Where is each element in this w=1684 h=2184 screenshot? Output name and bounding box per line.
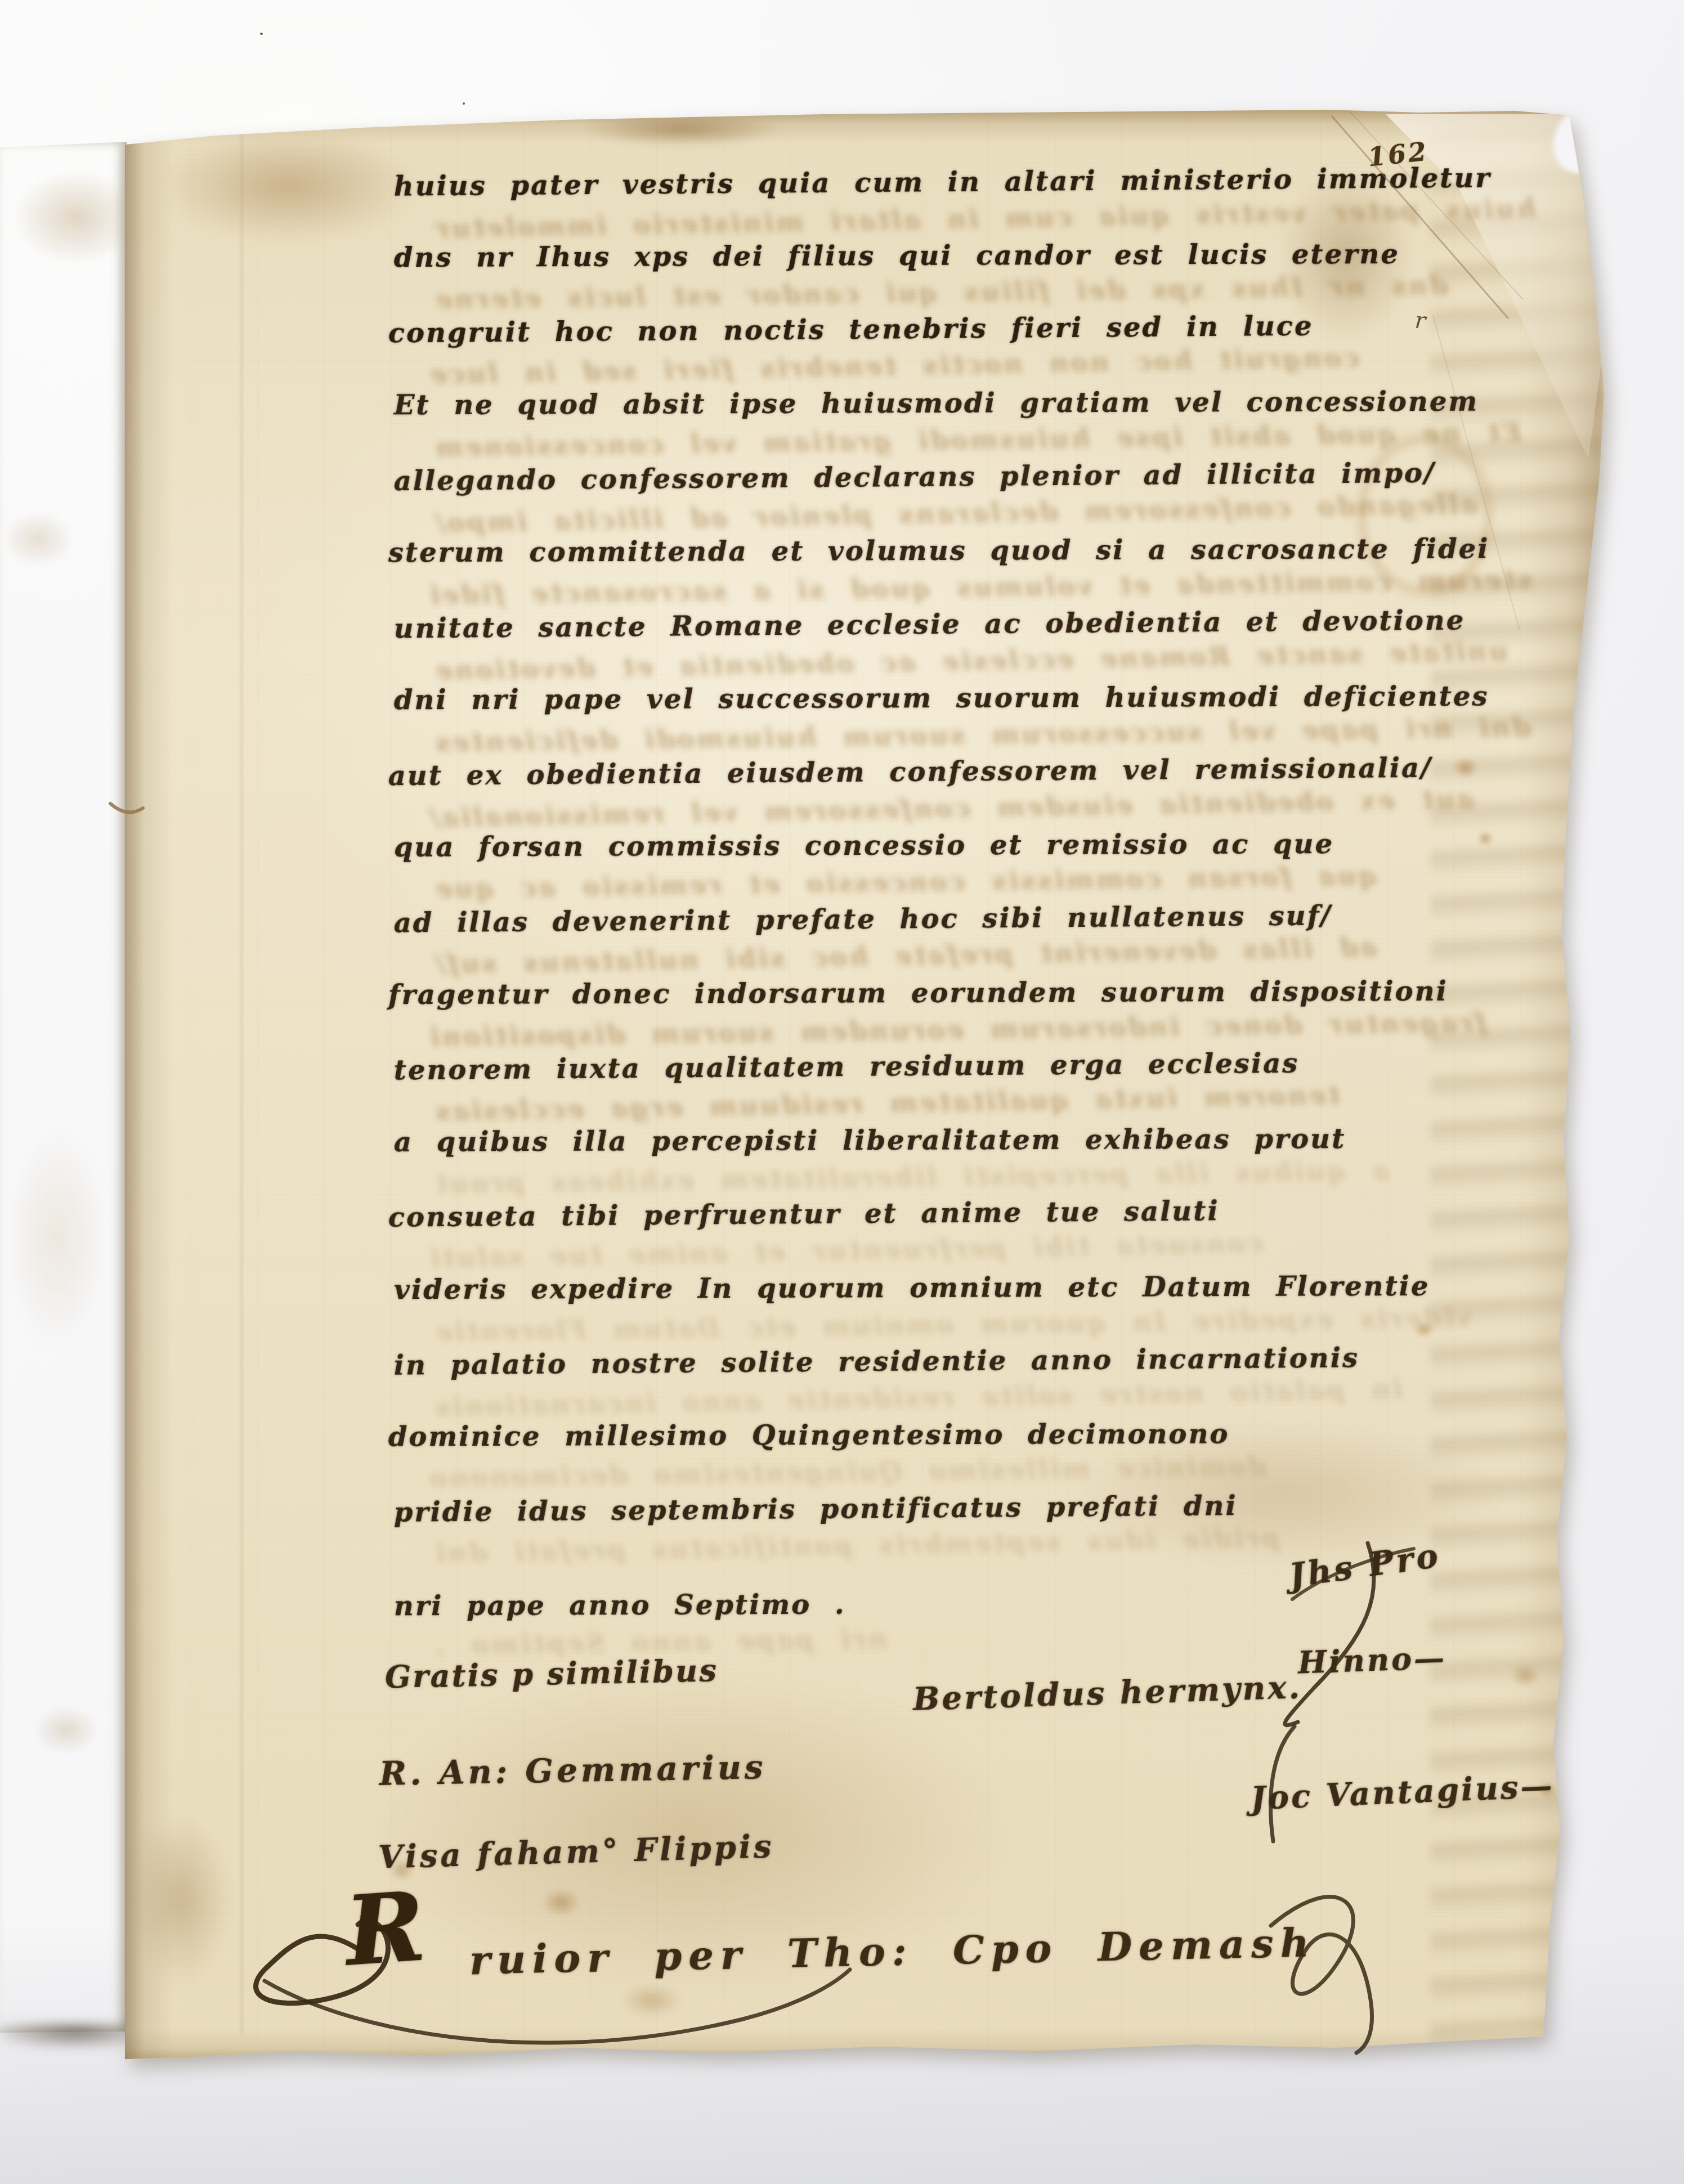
verso-show-through: fragentur donec indorsarum eorundem suor…	[428, 1010, 1486, 1050]
verso-show-through: allegando confessorem declarans plenior …	[433, 491, 1478, 536]
manuscript-line-text: fragentur donec indorsarum eorundem suor…	[388, 978, 1448, 1009]
verso-show-through: dni nri pape vel successorum suorum huiu…	[433, 714, 1530, 755]
manuscript-line: pridie idus septembris pontificatus pref…	[394, 1492, 1238, 1567]
manuscript-line: in palatio nostre solite residentie anno…	[394, 1344, 1360, 1419]
verso-show-through: aut ex obedientia eiusdem confessorem ve…	[428, 786, 1474, 831]
manuscript-line-text: unitate sancte Romane ecclesie ac obedie…	[394, 607, 1466, 643]
verso-show-through: congruit hoc non noctis tenebris fieri s…	[428, 344, 1360, 387]
paper-mottling	[0, 142, 127, 2033]
manuscript-line-text: Et ne quod absit ipse huiusmodi gratiam …	[394, 388, 1479, 419]
manuscript-line: fragentur donec indorsarum eorundem suor…	[388, 978, 1448, 1050]
paper-surface: 162 r huius pater vestris quia cum in al…	[125, 110, 1605, 2062]
signature-gemmarius: R. An: Gemmarius	[379, 1751, 767, 1790]
signature-gratis-note: Gratis p similibus	[384, 1655, 718, 1692]
verso-show-through: unitate sancte Romane ecclesie ac obedie…	[433, 638, 1508, 684]
verso-show-through: qua forsan commissis concessio et remiss…	[433, 863, 1377, 902]
verso-show-through: Et ne quod absit ipse huiusmodi gratiam …	[433, 419, 1522, 460]
scanned-manuscript: 162 r huius pater vestris quia cum in al…	[0, 0, 1684, 2184]
manuscript-line: Et ne quod absit ipse huiusmodi gratiam …	[394, 388, 1479, 460]
manuscript-line: unitate sancte Romane ecclesie ac obedie…	[394, 607, 1466, 683]
manuscript-line: qua forsan commissis concessio et remiss…	[394, 831, 1334, 902]
manuscript-line: a quibus illa percepisti liberalitatem e…	[394, 1125, 1346, 1196]
manuscript-line-text: videris expedire In quorum omnium etc Da…	[394, 1273, 1430, 1303]
manuscript-line-text: allegando confessorem declarans plenior …	[394, 460, 1436, 495]
verso-show-through: consueta tibi perfruentur et anime tue s…	[428, 1230, 1263, 1271]
manuscript-line: dni nri pape vel successorum suorum huiu…	[394, 683, 1489, 755]
manuscript-line: dominice millesimo Quingentesimo decimon…	[388, 1420, 1230, 1491]
manuscript-line: dns nr Ihus xps dei filius qui candor es…	[394, 241, 1400, 312]
dust-speck	[260, 33, 263, 35]
verso-show-through: huius pater vestris quia cum in altari m…	[433, 195, 1536, 241]
manuscript-line: tenorem iuxta qualitatem residuum erga e…	[394, 1050, 1300, 1125]
manuscript-line-text: nri pape anno Septimo .	[394, 1591, 846, 1620]
verso-show-through: in palatio nostre solite residentie anno…	[433, 1376, 1403, 1420]
manuscript-line: sterum committenda et volumus quod si a …	[388, 536, 1490, 607]
manuscript-line-text: a quibus illa percepisti liberalitatem e…	[394, 1125, 1346, 1156]
manuscript-line: congruit hoc non noctis tenebris fieri s…	[388, 313, 1314, 388]
manuscript-line: allegando confessorem declarans plenior …	[394, 460, 1436, 536]
manuscript-line: huius pater vestris quia cum in altari m…	[394, 164, 1492, 240]
manuscript-line-text: in palatio nostre solite residentie anno…	[394, 1344, 1360, 1379]
manuscript-line-text: consueta tibi perfruentur et anime tue s…	[388, 1198, 1220, 1231]
registration-paraph-initial: R	[342, 1878, 428, 1979]
verso-show-through: dns nr Ihus xps dei filius qui candor es…	[433, 272, 1448, 312]
manuscript-line-text: huius pater vestris quia cum in altari m…	[394, 164, 1492, 200]
manuscript-line: ad illas devenerint prefate hoc sibi nul…	[394, 902, 1333, 977]
manuscript-line-text: pridie idus septembris pontificatus pref…	[394, 1492, 1238, 1526]
signature-hinno: Hinno—	[1297, 1642, 1447, 1678]
text-block: huius pater vestris quia cum in altari m…	[125, 110, 1605, 2062]
manuscript-line-text: sterum committenda et volumus quod si a …	[388, 536, 1490, 567]
dust-speck	[463, 102, 465, 105]
manuscript-line-text: ad illas devenerint prefate hoc sibi nul…	[394, 902, 1332, 936]
facing-page-edge	[0, 142, 127, 2033]
manuscript-line-text: dns nr Ihus xps dei filius qui candor es…	[394, 241, 1400, 271]
manuscript-line-text: qua forsan commissis concessio et remiss…	[394, 831, 1334, 861]
manuscript-line-text: tenorem iuxta qualitatem residuum erga e…	[394, 1050, 1300, 1084]
verso-show-through: ad illas devenerint prefate hoc sibi nul…	[433, 934, 1377, 977]
manuscript-line: videris expedire In quorum omnium etc Da…	[394, 1273, 1430, 1344]
manuscript-line: nri pape anno Septimo . nri pape anno Se…	[394, 1591, 846, 1661]
verso-show-through: sterum committenda et volumus quod si a …	[428, 567, 1533, 608]
manuscript-page: 162 r huius pater vestris quia cum in al…	[125, 110, 1605, 2062]
manuscript-line-text: dominice millesimo Quingentesimo decimon…	[388, 1420, 1230, 1450]
verso-show-through: tenorem iuxta qualitatem residuum erga e…	[433, 1082, 1340, 1124]
manuscript-line-text: congruit hoc non noctis tenebris fieri s…	[388, 313, 1314, 347]
verso-show-through: pridie idus septembris pontificatus pref…	[433, 1525, 1280, 1567]
manuscript-line-text: aut ex obedientia eiusdem confessorem ve…	[388, 755, 1432, 790]
verso-show-through: videris expedire In quorum omnium etc Da…	[433, 1304, 1471, 1345]
manuscript-line: consueta tibi perfruentur et anime tue s…	[388, 1198, 1220, 1272]
verso-show-through: dominice millesimo Quingentesimo decimon…	[428, 1453, 1266, 1491]
manuscript-line: aut ex obedientia eiusdem confessorem ve…	[388, 755, 1433, 831]
verso-show-through: a quibus illa percepisti liberalitatem e…	[433, 1158, 1390, 1197]
manuscript-line-text: dni nri pape vel successorum suorum huiu…	[394, 683, 1489, 714]
